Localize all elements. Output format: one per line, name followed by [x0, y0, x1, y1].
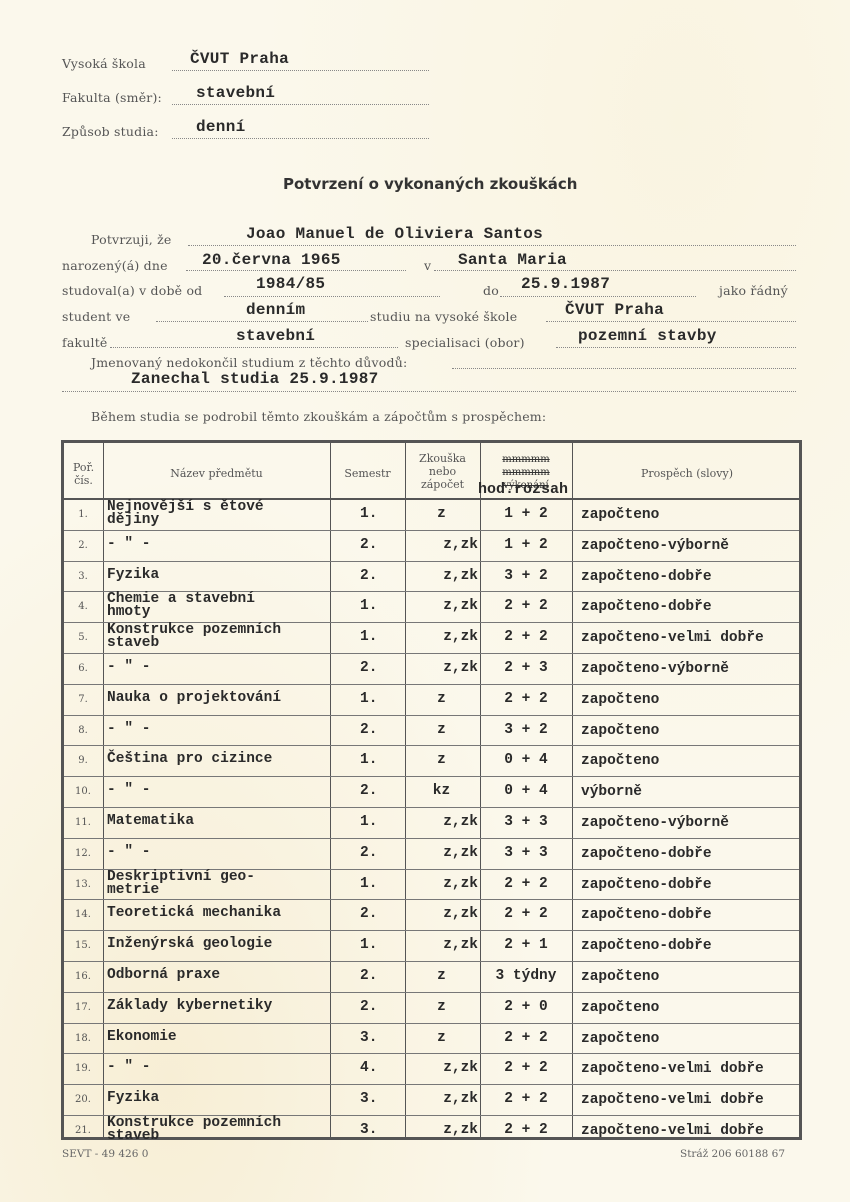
row-semester: 3. [360, 1030, 377, 1046]
row-number: 19. [62, 1063, 104, 1074]
row-result: započteno [581, 692, 659, 708]
row-semester: 2. [360, 537, 377, 553]
row-hours: 3 týdny [480, 968, 572, 984]
mode-label: Způsob studia: [62, 124, 159, 139]
row-number: 11. [62, 817, 104, 828]
spec-label: specialisaci (obor) [405, 335, 525, 350]
in-label: v [424, 258, 431, 273]
row-semester: 3. [360, 1122, 377, 1138]
row-exam-type: z,zk [405, 814, 478, 830]
faculty-value: stavební [196, 84, 275, 102]
row-number: 8. [62, 725, 104, 736]
row-number: 18. [62, 1033, 104, 1044]
row-subject-continued: metrie [107, 884, 159, 897]
school-label: Vysoká škola [62, 56, 146, 71]
row-result: započteno-dobře [581, 846, 712, 862]
school-value: ČVUT Praha [190, 50, 289, 68]
row-subject-continued: dějiny [107, 514, 159, 527]
row-exam-type: z,zk [405, 1060, 478, 1076]
row-exam-type: z [405, 506, 478, 522]
row-result: započteno-velmi dobře [581, 1092, 764, 1108]
row-number: 14. [62, 909, 104, 920]
born-underline [186, 270, 406, 271]
row-hours: 2 + 2 [480, 691, 572, 707]
row-number: 16. [62, 971, 104, 982]
table-row: 6.- " -2.z,zk2 + 3započteno-výborně [64, 653, 799, 684]
row-number: 9. [62, 755, 104, 766]
born-label: narozený(á) dne [62, 258, 168, 273]
student-label: student ve [62, 309, 130, 324]
row-semester: 1. [360, 506, 377, 522]
row-hours: 2 + 2 [480, 1091, 572, 1107]
row-semester: 2. [360, 845, 377, 861]
row-result: započteno-dobře [581, 907, 712, 923]
row-exam-type: z,zk [405, 660, 478, 676]
exams-table: Poř. čís. Název předmětu Semestr Zkouška… [61, 440, 802, 1140]
faculty-label: Fakulta (směr): [62, 90, 162, 105]
faculty-dative-label: fakultě [62, 335, 108, 350]
row-subject: Fyzika [107, 1090, 159, 1106]
row-subject: Odborná praxe [107, 967, 220, 983]
row-number: 7. [62, 694, 104, 705]
row-number: 6. [62, 663, 104, 674]
row-exam-type: z,zk [405, 1091, 478, 1107]
table-row: 15.Inženýrská geologie1.z,zk2 + 1započte… [64, 930, 799, 961]
header-subject: Název předmětu [103, 467, 330, 480]
header-exam-type: Zkouška nebo zápočet [415, 452, 470, 491]
row-subject-continued: staveb [107, 1130, 159, 1143]
study-form-value: denním [246, 301, 305, 319]
row-exam-type: z [405, 968, 478, 984]
row-result: započteno-dobře [581, 569, 712, 585]
name-value: Joao Manuel de Oliviera Santos [246, 225, 543, 243]
row-number: 5. [62, 632, 104, 643]
row-subject: Ekonomie [107, 1029, 177, 1045]
row-subject: - " - [107, 659, 151, 675]
row-result: započteno-velmi dobře [581, 1061, 764, 1077]
from-underline [224, 296, 440, 297]
row-subject: Inženýrská geologie [107, 936, 272, 952]
row-exam-type: z,zk [405, 629, 478, 645]
row-subject: Teoretická mechanika [107, 905, 281, 921]
row-subject: - " - [107, 782, 151, 798]
reason-underline-2 [62, 391, 796, 392]
row-exam-type: z [405, 1030, 478, 1046]
row-number: 2. [62, 540, 104, 551]
row-subject-continued: hmoty [107, 606, 151, 619]
row-subject: Čeština pro cizince [107, 751, 272, 767]
row-hours: 3 + 2 [480, 568, 572, 584]
mode-underline [172, 138, 429, 139]
table-row: 21.Konstrukce pozemníchstaveb3.z,zk2 + 2… [64, 1115, 799, 1146]
row-hours: 0 + 4 [480, 752, 572, 768]
row-hours: 3 + 2 [480, 722, 572, 738]
row-subject: Matematika [107, 813, 194, 829]
header-semester: Semestr [330, 467, 405, 480]
row-result: započteno [581, 1031, 659, 1047]
row-hours: 2 + 2 [480, 629, 572, 645]
mode-value: denní [196, 118, 246, 136]
row-exam-type: z,zk [405, 876, 478, 892]
study-school-value: ČVUT Praha [565, 301, 664, 319]
table-row: 2.- " -2.z,zk1 + 2započteno-výborně [64, 530, 799, 561]
statement-faculty-underline [110, 347, 398, 348]
row-number: 12. [62, 848, 104, 859]
table-row: 17.Základy kybernetiky2.z2 + 0započteno [64, 992, 799, 1023]
row-hours: 2 + 2 [480, 906, 572, 922]
row-exam-type: z,zk [405, 937, 478, 953]
row-semester: 2. [360, 568, 377, 584]
table-row: 16.Odborná praxe2.z3 týdnyzapočteno [64, 961, 799, 992]
school-underline [172, 70, 429, 71]
row-result: započteno-dobře [581, 877, 712, 893]
row-exam-type: z [405, 722, 478, 738]
row-semester: 2. [360, 906, 377, 922]
row-hours: 1 + 2 [480, 537, 572, 553]
header-no: Poř. čís. [64, 461, 103, 487]
row-semester: 2. [360, 722, 377, 738]
table-row: 4.Chemie a stavebníhmoty1.z,zk2 + 2započ… [64, 591, 799, 622]
row-exam-type: z,zk [405, 537, 478, 553]
row-exam-type: z [405, 691, 478, 707]
row-result: započteno-výborně [581, 661, 729, 677]
exams-intro: Během studia se podrobil těmto zkouškám … [91, 409, 546, 424]
row-semester: 1. [360, 598, 377, 614]
row-subject: - " - [107, 721, 151, 737]
reason-underline [452, 368, 796, 369]
row-result: započteno-velmi dobře [581, 1123, 764, 1139]
row-result: započteno-dobře [581, 938, 712, 954]
header-result: Prospěch (slovy) [572, 467, 802, 480]
table-row: 10.- " -2.kz0 + 4výborně [64, 776, 799, 807]
reason-value: Zanechal studia 25.9.1987 [131, 370, 379, 388]
row-subject: - " - [107, 844, 151, 860]
row-exam-type: kz [405, 783, 478, 799]
row-semester: 1. [360, 814, 377, 830]
row-number: 20. [62, 1094, 104, 1105]
reason-label: Jmenovaný nedokončil studium z těchto dů… [91, 355, 407, 370]
study-school-underline [546, 321, 796, 322]
row-exam-type: z,zk [405, 845, 478, 861]
row-semester: 2. [360, 660, 377, 676]
statement-faculty-value: stavební [236, 327, 315, 345]
spec-value: pozemní stavby [578, 327, 717, 345]
table-row: 13.Deskriptivní geo-metrie1.z,zk2 + 2zap… [64, 869, 799, 900]
table-row: 12.- " -2.z,zk3 + 3započteno-dobře [64, 838, 799, 869]
row-exam-type: z,zk [405, 906, 478, 922]
row-hours: 3 + 3 [480, 845, 572, 861]
row-subject: - " - [107, 1059, 151, 1075]
row-semester: 1. [360, 629, 377, 645]
row-semester: 1. [360, 691, 377, 707]
table-row: 18.Ekonomie3.z2 + 2započteno [64, 1023, 799, 1054]
row-exam-type: z,zk [405, 568, 478, 584]
name-underline [188, 245, 796, 246]
row-semester: 3. [360, 1091, 377, 1107]
row-number: 21. [62, 1125, 104, 1136]
row-result: započteno [581, 969, 659, 985]
table-row: 5.Konstrukce pozemníchstaveb1.z,zk2 + 2z… [64, 622, 799, 653]
birthplace-underline [434, 270, 796, 271]
row-subject: Základy kybernetiky [107, 998, 272, 1014]
row-hours: 0 + 4 [480, 783, 572, 799]
table-row: 20.Fyzika3.z,zk2 + 2započteno-velmi dobř… [64, 1084, 799, 1115]
spec-underline [556, 347, 796, 348]
document-page: Vysoká škola ČVUT Praha Fakulta (směr): … [0, 0, 850, 1202]
row-exam-type: z [405, 752, 478, 768]
table-row: 19.- " -4.z,zk2 + 2započteno-velmi dobře [64, 1053, 799, 1084]
row-hours: 2 + 2 [480, 598, 572, 614]
row-hours: 3 + 3 [480, 814, 572, 830]
born-value: 20.června 1965 [202, 251, 341, 269]
to-value: 25.9.1987 [521, 275, 610, 293]
document-title: Potvrzení o vykonaných zkouškách [283, 175, 578, 193]
faculty-underline [172, 104, 429, 105]
table-row: 3.Fyzika2.z,zk3 + 2započteno-dobře [64, 561, 799, 592]
row-hours: 1 + 2 [480, 506, 572, 522]
row-hours: 2 + 0 [480, 999, 572, 1015]
row-subject: Nauka o projektování [107, 690, 281, 706]
row-number: 13. [62, 879, 104, 890]
table-row: 8.- " -2.z3 + 2započteno [64, 715, 799, 746]
row-result: započteno [581, 723, 659, 739]
row-subject-continued: staveb [107, 637, 159, 650]
row-result: započteno [581, 507, 659, 523]
row-result: započteno [581, 1000, 659, 1016]
row-number: 17. [62, 1002, 104, 1013]
row-semester: 1. [360, 752, 377, 768]
confirm-label: Potvrzuji, že [91, 232, 172, 247]
row-result: započteno-velmi dobře [581, 630, 764, 646]
table-row: 14.Teoretická mechanika2.z,zk2 + 2započt… [64, 899, 799, 930]
row-hours: 2 + 2 [480, 1060, 572, 1076]
row-hours: 2 + 2 [480, 876, 572, 892]
table-row: 11.Matematika1.z,zk3 + 3započteno-výborn… [64, 807, 799, 838]
to-label: do [483, 283, 499, 298]
table-row: 1.Nejnovější s ětovédějiny1.z1 + 2započt… [64, 499, 799, 530]
row-result: započteno [581, 753, 659, 769]
birthplace-value: Santa Maria [458, 251, 567, 269]
study-at-label: studiu na vysoké škole [370, 309, 517, 324]
row-semester: 1. [360, 937, 377, 953]
row-exam-type: z,zk [405, 598, 478, 614]
footer-left: SEVT - 49 426 0 [62, 1148, 148, 1160]
row-number: 10. [62, 786, 104, 797]
row-result: započteno-výborně [581, 815, 729, 831]
row-hours: 2 + 2 [480, 1030, 572, 1046]
row-semester: 2. [360, 999, 377, 1015]
from-value: 1984/85 [256, 275, 325, 293]
table-row: 7.Nauka o projektování1.z2 + 2započteno [64, 684, 799, 715]
row-hours: 2 + 3 [480, 660, 572, 676]
row-hours: 2 + 1 [480, 937, 572, 953]
row-hours: 2 + 2 [480, 1122, 572, 1138]
row-result: výborně [581, 784, 642, 800]
table-row: 9.Čeština pro cizince1.z0 + 4započteno [64, 745, 799, 776]
row-number: 3. [62, 571, 104, 582]
row-semester: 4. [360, 1060, 377, 1076]
row-result: započteno-dobře [581, 599, 712, 615]
footer-right: Stráž 206 60188 67 [680, 1148, 785, 1160]
study-form-underline [156, 321, 368, 322]
header-hours: hod.rozsah [478, 481, 568, 498]
studied-label: studoval(a) v době od [62, 283, 202, 298]
row-number: 15. [62, 940, 104, 951]
row-semester: 2. [360, 783, 377, 799]
as-label: jako řádný [719, 283, 788, 298]
row-subject: - " - [107, 536, 151, 552]
row-number: 1. [62, 509, 104, 520]
row-semester: 2. [360, 968, 377, 984]
row-result: započteno-výborně [581, 538, 729, 554]
row-semester: 1. [360, 876, 377, 892]
to-underline [500, 296, 696, 297]
row-number: 4. [62, 601, 104, 612]
row-exam-type: z [405, 999, 478, 1015]
row-subject: Fyzika [107, 567, 159, 583]
row-exam-type: z,zk [405, 1122, 478, 1138]
